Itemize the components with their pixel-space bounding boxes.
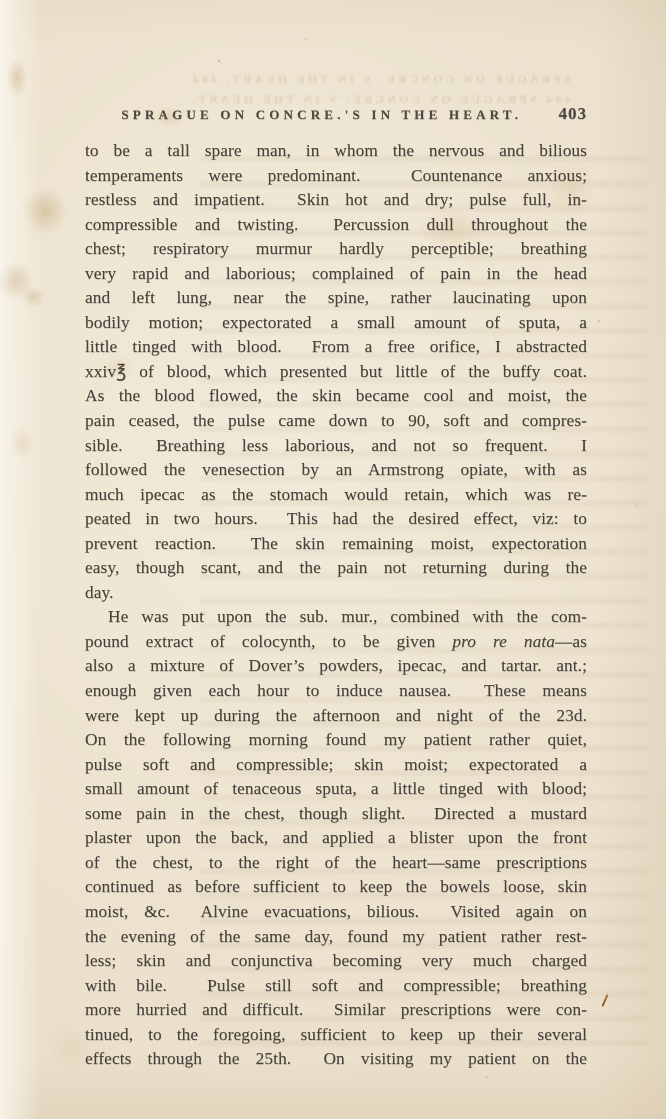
- page-body: to be a tall spare man, in whom the nerv…: [85, 139, 587, 1072]
- text-line: pound extract of colocynth, to be given …: [85, 630, 587, 655]
- text-line: peated in two hours. This had the desire…: [85, 507, 587, 532]
- text-line: less; skin and conjunctiva becoming very…: [85, 949, 587, 974]
- text-line: also a mixture of Dover’s powders, ipeca…: [85, 654, 587, 679]
- italic-phrase: pro re nata: [452, 632, 555, 651]
- paper-stain: [0, 252, 42, 310]
- text-line: plaster upon the back, and applied a bli…: [85, 826, 587, 851]
- text-line: very rapid and laborious; complained of …: [85, 262, 587, 287]
- paper-stain: [14, 178, 76, 244]
- text-line: were kept up during the afternoon and ni…: [85, 704, 587, 729]
- text-line: of the chest, to the right of the heart—…: [85, 851, 587, 876]
- text-line: small amount of tenaceous sputa, a littl…: [85, 777, 587, 802]
- text-line: tinued, to the foregoing, sufficient to …: [85, 1023, 587, 1048]
- text-line: pulse soft and compressible; skin moist;…: [85, 753, 587, 778]
- text-line: little tinged with blood. From a free or…: [85, 335, 587, 360]
- scanned-book-page: SPRAGUE ON CONCRE.'S IN THE HEART. 404 4…: [0, 0, 666, 1119]
- text-line: continued as before sufficient to keep t…: [85, 875, 587, 900]
- paper-specks: [0, 0, 2, 2]
- text-line: chest; respiratory murmur hardly percept…: [85, 237, 587, 262]
- text-line: day.: [85, 581, 587, 606]
- text-line: xxiv℥ of blood, which presented but litt…: [85, 360, 587, 385]
- showthrough-line: SPRAGUE ON CONCRE.'S IN THE HEART. 404: [170, 70, 590, 90]
- text-line: prevent reaction. The skin remaining moi…: [85, 532, 587, 557]
- text-line: easy, though scant, and the pain not ret…: [85, 556, 587, 581]
- page-number: 403: [559, 104, 588, 124]
- text-line: pain ceased, the pulse came down to 90, …: [85, 409, 587, 434]
- text-line: sible. Breathing less laborious, and not…: [85, 434, 587, 459]
- text-line: more hurried and difficult. Similar pres…: [85, 998, 587, 1023]
- paper-stain: [2, 48, 32, 108]
- text-line: He was put upon the sub. mur., combined …: [85, 605, 587, 630]
- text-line: effects through the 25th. On visiting my…: [85, 1047, 587, 1072]
- text-line: On the following morning found my patien…: [85, 728, 587, 753]
- text-line: some pain in the chest, though slight. D…: [85, 802, 587, 827]
- text-line: followed the venesection by an Armstrong…: [85, 458, 587, 483]
- text-line: As the blood flowed, the skin became coo…: [85, 384, 587, 409]
- paper-stain: [16, 282, 50, 312]
- text-line: temperaments were predominant. Countenan…: [85, 164, 587, 189]
- text-segment: pound extract of colocynth, to be given: [85, 632, 452, 651]
- text-line: restless and impatient. Skin hot and dry…: [85, 188, 587, 213]
- text-line: bodily motion; expectorated a small amou…: [85, 311, 587, 336]
- running-header: SPRAGUE ON CONCRE.'S IN THE HEART. 403: [85, 104, 587, 124]
- text-segment: —as: [555, 632, 587, 651]
- text-line: to be a tall spare man, in whom the nerv…: [85, 139, 587, 164]
- ink-slash-mark: [601, 994, 608, 1007]
- text-line: moist, &c. Alvine evacuations, bilious. …: [85, 900, 587, 925]
- paper-stain: [4, 420, 40, 466]
- text-line: much ipecac as the stomach would retain,…: [85, 483, 587, 508]
- text-line: with bile. Pulse still soft and compress…: [85, 974, 587, 999]
- text-line: the evening of the same day, found my pa…: [85, 925, 587, 950]
- text-line: enough given each hour to induce nausea.…: [85, 679, 587, 704]
- text-line: compressible and twisting. Percussion du…: [85, 213, 587, 238]
- text-line: and left lung, near the spine, rather la…: [85, 286, 587, 311]
- running-header-title: SPRAGUE ON CONCRE.'S IN THE HEART.: [85, 107, 559, 123]
